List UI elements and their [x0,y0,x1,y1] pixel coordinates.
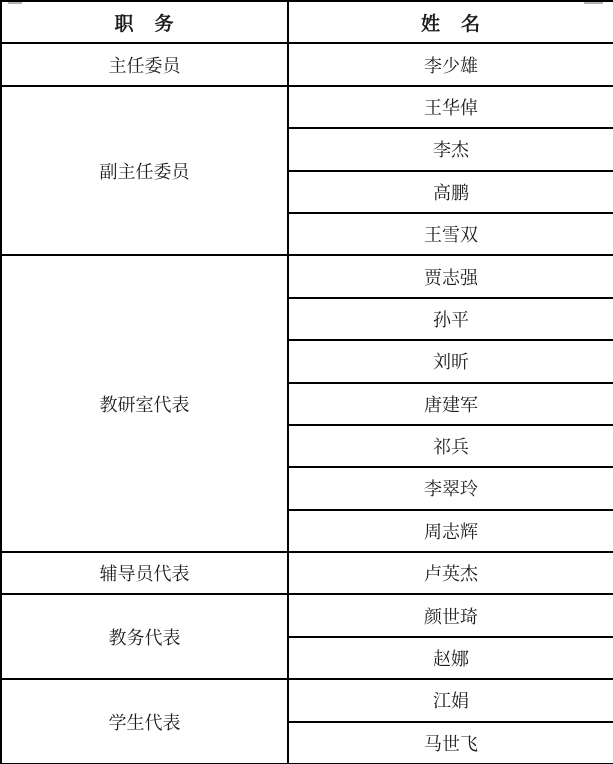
name-cell: 赵娜 [288,637,613,679]
table-row: 学生代表 江娟 [1,679,613,721]
table-row: 教务代表 颜世琦 [1,594,613,636]
table-row: 辅导员代表 卢英杰 [1,552,613,594]
column-header-position: 职 务 [1,1,288,43]
name-cell: 祁兵 [288,425,613,467]
position-cell: 教务代表 [1,594,288,679]
document-page: 职 务 姓 名 主任委员 李少雄 副主任委员 王华倬 李杰 高鹏 王雪双 [0,0,613,764]
name-cell: 王雪双 [288,213,613,255]
position-cell: 教研室代表 [1,255,288,552]
name-cell: 李翠玲 [288,467,613,509]
name-cell: 李杰 [288,128,613,170]
position-cell: 学生代表 [1,679,288,764]
name-cell: 李少雄 [288,43,613,85]
position-cell: 副主任委员 [1,86,288,256]
name-cell: 贾志强 [288,255,613,297]
table-row: 主任委员 李少雄 [1,43,613,85]
name-cell: 唐建军 [288,383,613,425]
position-cell: 辅导员代表 [1,552,288,594]
table-row: 副主任委员 王华倬 [1,86,613,128]
name-cell: 高鹏 [288,171,613,213]
position-cell: 主任委员 [1,43,288,85]
name-cell: 刘昕 [288,340,613,382]
name-cell: 周志辉 [288,510,613,552]
name-cell: 王华倬 [288,86,613,128]
name-cell: 江娟 [288,679,613,721]
name-cell: 孙平 [288,298,613,340]
name-cell: 卢英杰 [288,552,613,594]
table-row: 教研室代表 贾志强 [1,255,613,297]
committee-table: 职 务 姓 名 主任委员 李少雄 副主任委员 王华倬 李杰 高鹏 王雪双 [0,0,613,764]
name-cell: 颜世琦 [288,594,613,636]
column-header-name: 姓 名 [288,1,613,43]
name-cell: 马世飞 [288,722,613,764]
header-row: 职 务 姓 名 [1,1,613,43]
